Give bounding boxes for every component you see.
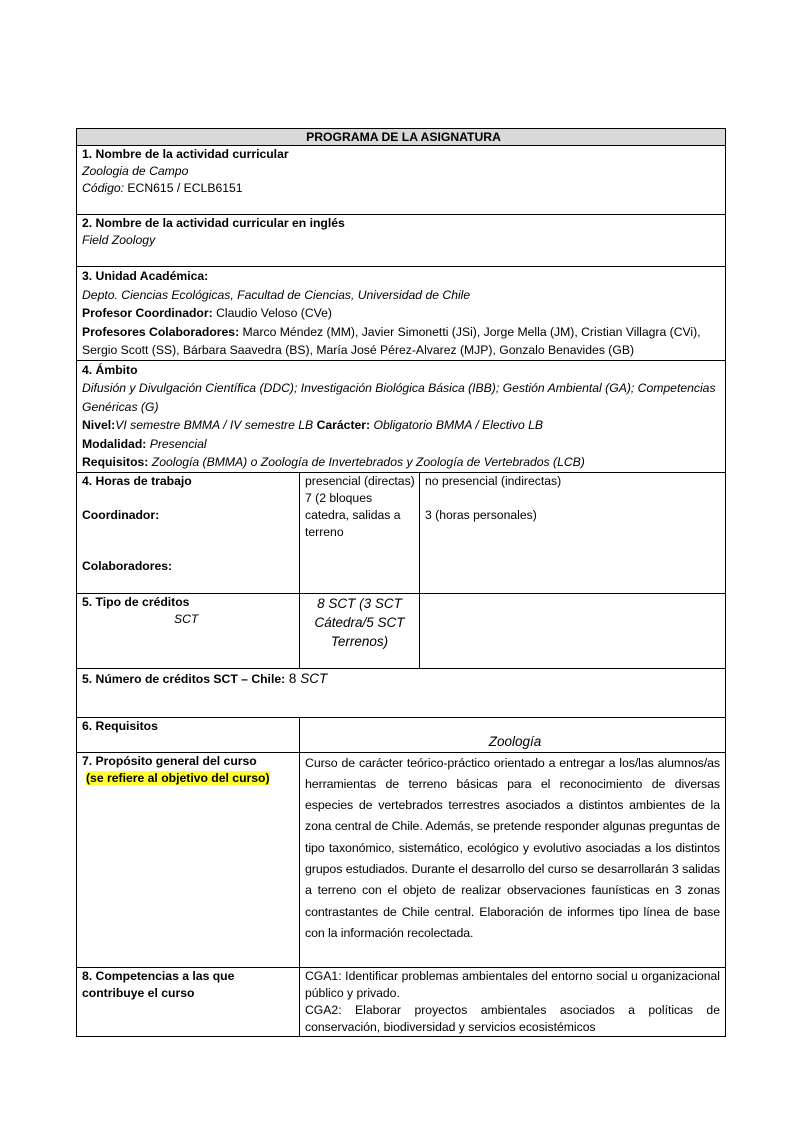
- hours-coordinator-label: Coordinador:: [82, 507, 299, 524]
- requirements-value: Zoología (BMMA) o Zoología de Invertebra…: [148, 455, 585, 469]
- requirements-label-cell: 6. Requisitos: [77, 717, 300, 752]
- level-label: Nivel:: [82, 418, 115, 432]
- ambito-heading: 4. Ámbito: [82, 361, 725, 380]
- code-label: Código:: [82, 181, 124, 195]
- course-program-table: PROGRAMA DE LA ASIGNATURA 1. Nombre de l…: [76, 128, 726, 1037]
- competencies-label-cell: 8. Competencias a las que contribuye el …: [77, 967, 300, 1036]
- section-6-row: 6. Requisitos Zoología: [77, 717, 726, 752]
- hours-collaborators-label: Colaboradores:: [82, 558, 299, 575]
- section-1-heading: 1. Nombre de la actividad curricular: [82, 146, 725, 163]
- section-4-hours-row: 4. Horas de trabajo Coordinador: Colabor…: [77, 472, 726, 593]
- competency-item: CGA1: Identificar problemas ambientales …: [305, 968, 720, 1002]
- credit-number-value: 8: [285, 671, 300, 686]
- modality-line: Modalidad: Presencial: [82, 435, 725, 454]
- credit-number-heading: 5. Número de créditos SCT – Chile:: [82, 672, 285, 686]
- presencial-header: presencial (directas): [305, 473, 419, 490]
- section-3-row: 3. Unidad Académica: Depto. Ciencias Eco…: [77, 267, 726, 361]
- course-code: Código: ECN615 / ECLB6151: [82, 180, 725, 197]
- section-6-value: Zoología: [305, 732, 725, 751]
- section-3-heading: 3. Unidad Académica:: [82, 267, 725, 286]
- credit-type-label-cell: 5. Tipo de créditos SCT: [77, 593, 300, 668]
- coordinator-label: Profesor Coordinador:: [82, 306, 213, 320]
- course-name: Zoologia de Campo: [82, 163, 725, 180]
- section-1-cell: 1. Nombre de la actividad curricular Zoo…: [77, 146, 726, 215]
- section-5-number-row: 5. Número de créditos SCT – Chile: 8 SCT: [77, 668, 726, 717]
- document-page: PROGRAMA DE LA ASIGNATURA 1. Nombre de l…: [0, 0, 800, 1132]
- credit-type-value: 8 SCT (3 SCT Cátedra/5 SCT Terrenos): [300, 593, 420, 668]
- purpose-text: Curso de carácter teórico-práctico orien…: [300, 752, 726, 967]
- presencial-value: 7 (2 bloques catedra, salidas a terreno: [305, 490, 419, 541]
- no-presencial-header: no presencial (indirectas): [425, 473, 725, 490]
- document-title: PROGRAMA DE LA ASIGNATURA: [77, 129, 726, 146]
- title-row: PROGRAMA DE LA ASIGNATURA: [77, 129, 726, 146]
- course-name-english: Field Zoology: [82, 232, 725, 249]
- hours-heading: 4. Horas de trabajo: [82, 473, 299, 490]
- character-value: Obligatorio BMMA / Electivo LB: [370, 418, 543, 432]
- section-4-ambito-cell: 4. Ámbito Difusión y Divulgación Científ…: [77, 360, 726, 472]
- modality-label: Modalidad:: [82, 437, 146, 451]
- credit-type-heading: 5. Tipo de créditos: [82, 594, 299, 611]
- section-2-row: 2. Nombre de la actividad curricular en …: [77, 215, 726, 267]
- level-value: VI semestre BMMA / IV semestre LB: [115, 418, 316, 432]
- credit-type: SCT: [82, 611, 299, 628]
- ambito-areas: Difusión y Divulgación Científica (DDC);…: [82, 379, 725, 416]
- credit-type-empty-cell: [420, 593, 726, 668]
- section-8-heading: 8. Competencias a las que contribuye el …: [82, 968, 299, 1002]
- code-value: ECN615 / ECLB6151: [124, 181, 243, 195]
- academic-unit: Depto. Ciencias Ecológicas, Facultad de …: [82, 286, 725, 305]
- section-6-heading: 6. Requisitos: [82, 718, 299, 735]
- section-8-row: 8. Competencias a las que contribuye el …: [77, 967, 726, 1036]
- hours-label-cell: 4. Horas de trabajo Coordinador: Colabor…: [77, 472, 300, 593]
- credit-number-unit: SCT: [300, 671, 327, 686]
- purpose-label-cell: 7. Propósito general del curso (se refie…: [77, 752, 300, 967]
- level-line: Nivel:VI semestre BMMA / IV semestre LB …: [82, 416, 725, 435]
- section-2-heading: 2. Nombre de la actividad curricular en …: [82, 215, 725, 232]
- competency-item: CGA2: Elaborar proyectos ambientales aso…: [305, 1002, 720, 1036]
- section-7-heading: 7. Propósito general del curso: [82, 753, 299, 770]
- competencies-cell: CGA1: Identificar problemas ambientales …: [300, 967, 726, 1036]
- section-4-ambito-row: 4. Ámbito Difusión y Divulgación Científ…: [77, 360, 726, 472]
- section-5-type-row: 5. Tipo de créditos SCT 8 SCT (3 SCT Cát…: [77, 593, 726, 668]
- credit-number-cell: 5. Número de créditos SCT – Chile: 8 SCT: [77, 668, 726, 717]
- requirements-label: Requisitos:: [82, 455, 148, 469]
- section-2-cell: 2. Nombre de la actividad curricular en …: [77, 215, 726, 267]
- coordinator-value: Claudio Veloso (CVe): [213, 306, 332, 320]
- requirements-line: Requisitos: Zoología (BMMA) o Zoología d…: [82, 453, 725, 472]
- modality-value: Presencial: [146, 437, 206, 451]
- coordinator-line: Profesor Coordinador: Claudio Veloso (CV…: [82, 304, 725, 323]
- requirements-value-cell: Zoología: [300, 717, 726, 752]
- no-presencial-value: 3 (horas personales): [425, 507, 725, 524]
- section-3-cell: 3. Unidad Académica: Depto. Ciencias Eco…: [77, 267, 726, 361]
- character-label: Carácter:: [317, 418, 371, 432]
- hours-presencial-cell: presencial (directas) 7 (2 bloques cated…: [300, 472, 420, 593]
- collaborators-line: Profesores Colaboradores: Marco Méndez (…: [82, 323, 725, 360]
- purpose-note-highlight: (se refiere al objetivo del curso): [86, 771, 270, 785]
- section-7-row: 7. Propósito general del curso (se refie…: [77, 752, 726, 967]
- section-1-row: 1. Nombre de la actividad curricular Zoo…: [77, 146, 726, 215]
- hours-no-presencial-cell: no presencial (indirectas) 3 (horas pers…: [420, 472, 726, 593]
- collaborators-label: Profesores Colaboradores:: [82, 325, 239, 339]
